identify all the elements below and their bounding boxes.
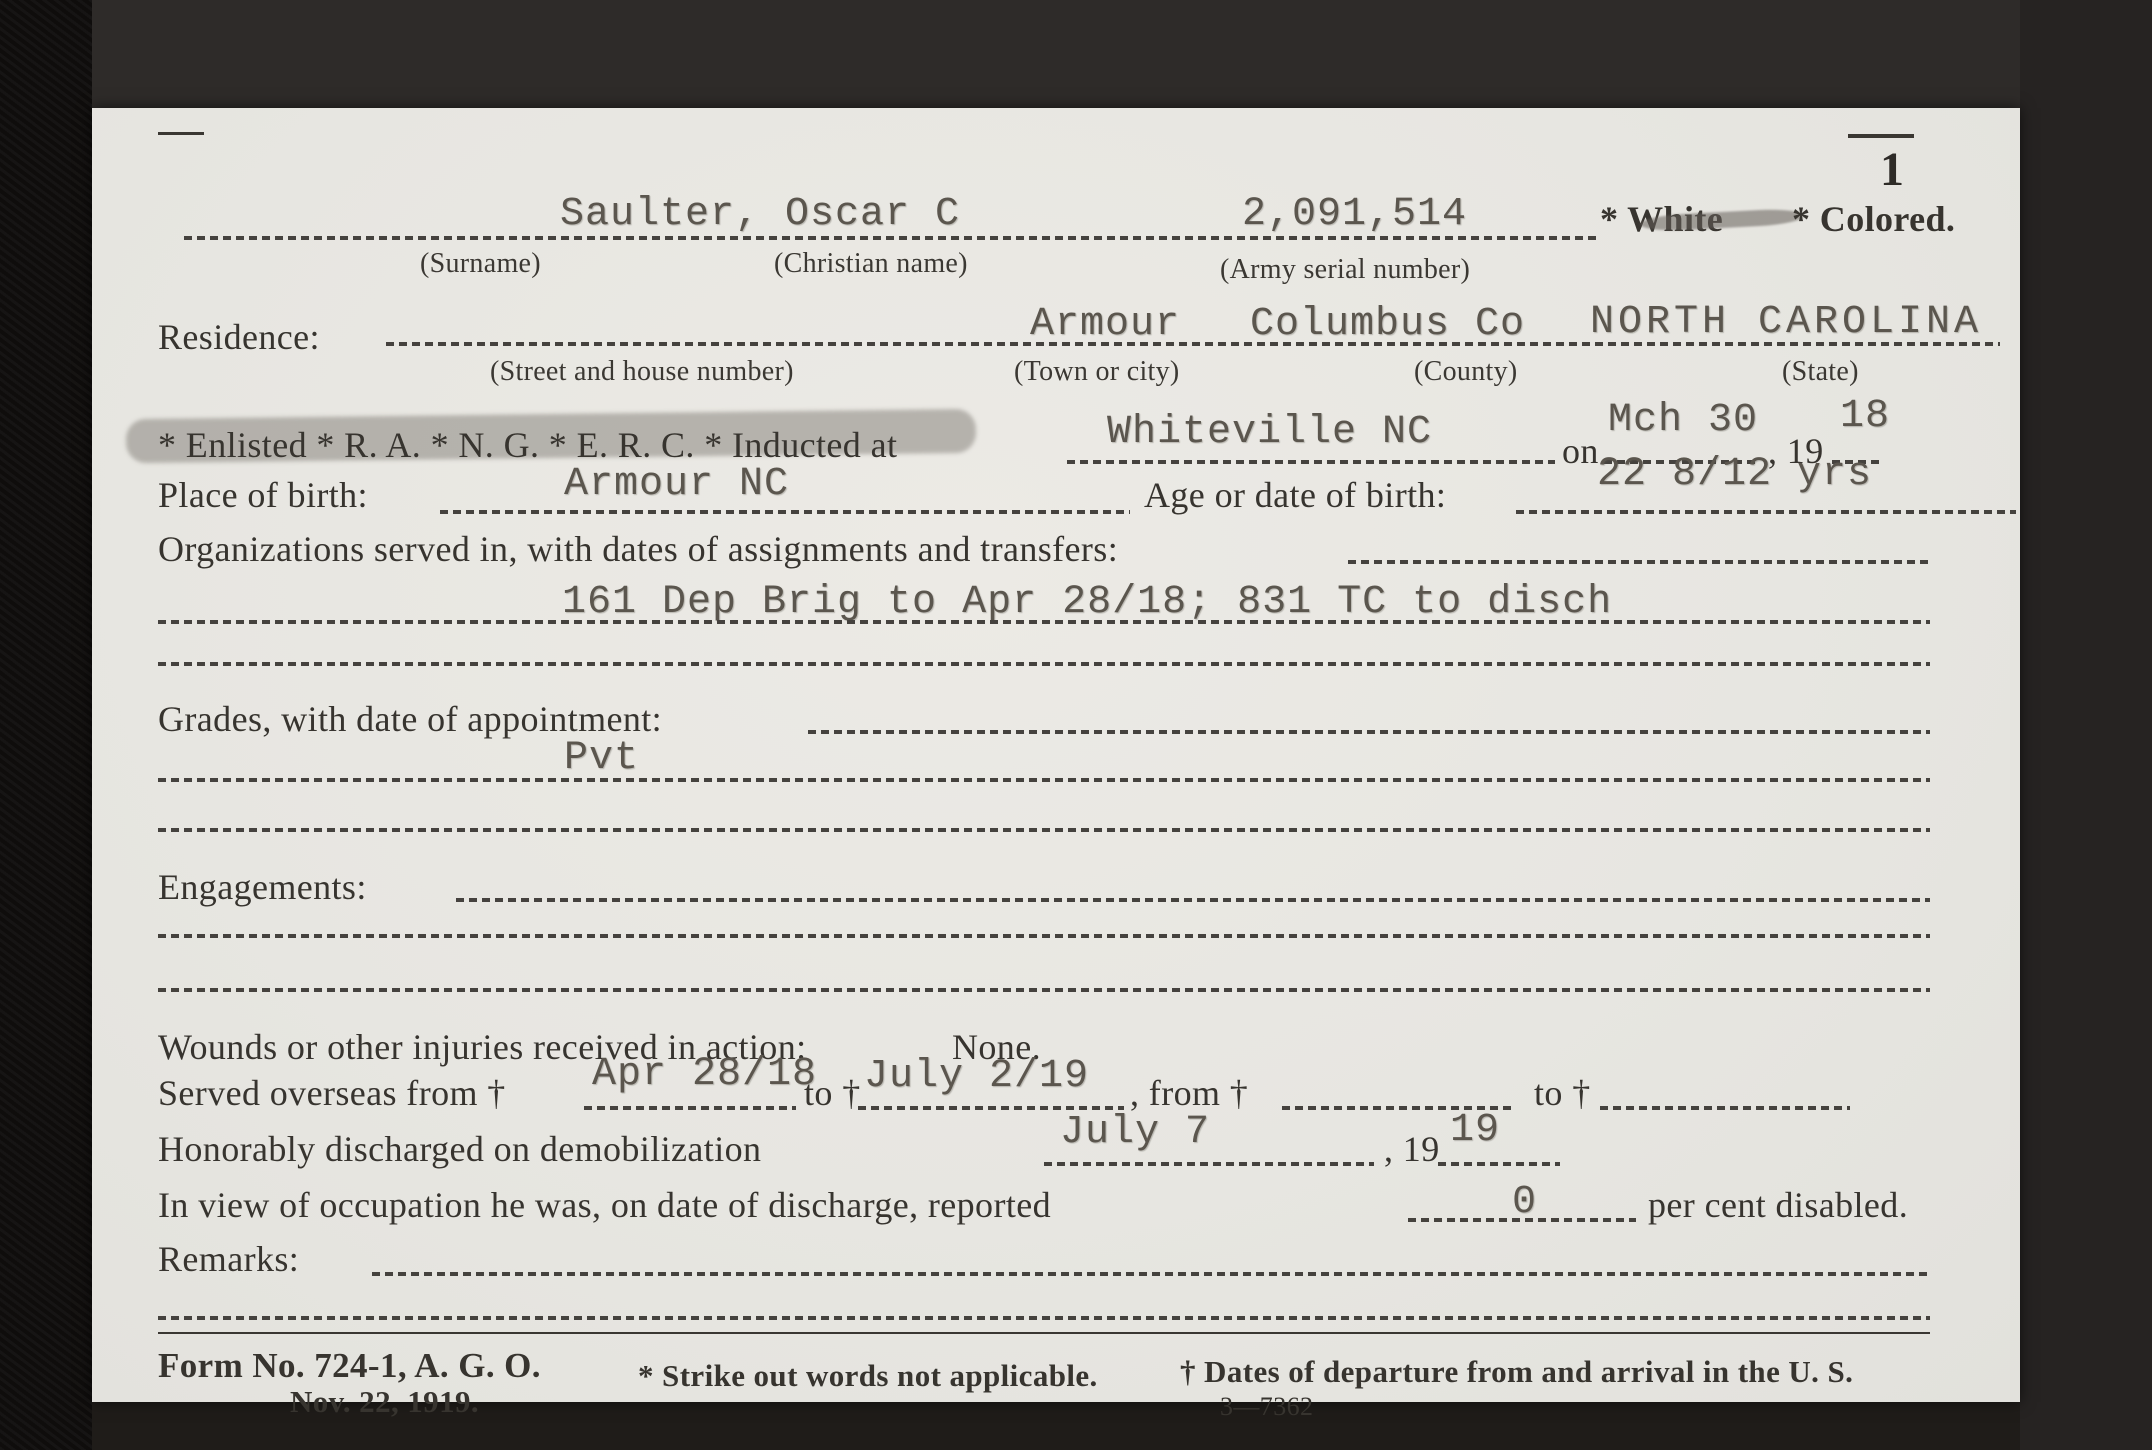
- inducted-place-line: [1067, 460, 1555, 464]
- organizations-line-2: [158, 620, 1930, 624]
- place-of-birth-label: Place of birth:: [158, 474, 368, 516]
- age-label: Age or date of birth:: [1144, 474, 1446, 516]
- remarks-label: Remarks:: [158, 1238, 299, 1280]
- serial-number-label: (Army serial number): [1220, 254, 1470, 286]
- top-right-rule: [1848, 134, 1914, 138]
- age-line: [1516, 510, 2016, 514]
- photo-left-border: [0, 0, 92, 1450]
- form-date: Nov. 22, 1919.: [290, 1384, 479, 1420]
- residence-town-value: Armour: [1030, 302, 1180, 347]
- residence-label: Residence:: [158, 316, 320, 358]
- disability-label: In view of occupation he was, on date of…: [158, 1184, 1051, 1226]
- engagements-line-1: [456, 898, 1930, 902]
- discharge-year-line: [1438, 1162, 1560, 1166]
- name-line: [184, 236, 1596, 240]
- county-label: (County): [1414, 356, 1518, 388]
- footer-solid-rule: [158, 1332, 1930, 1334]
- residence-county-value: Columbus Co: [1250, 302, 1525, 347]
- organizations-line-1: [1348, 560, 1930, 564]
- grades-label: Grades, with date of appointment:: [158, 698, 662, 740]
- dagger-note: † Dates of departure from and arrival in…: [1180, 1354, 1853, 1390]
- engagements-line-3: [158, 988, 1930, 992]
- overseas-to2-line: [1600, 1106, 1850, 1110]
- residence-state-value: NORTH CAROLINA: [1590, 300, 1982, 345]
- overseas-to2-label: to †: [1534, 1072, 1591, 1114]
- overseas-to-value: July 2/19: [864, 1054, 1089, 1099]
- photo-right-border: [2020, 0, 2152, 1450]
- discharge-date-value: July 7: [1060, 1110, 1210, 1155]
- engagements-line-2: [158, 934, 1930, 938]
- street-label: (Street and house number): [490, 356, 794, 388]
- overseas-from2-label: , from †: [1130, 1072, 1248, 1114]
- photo-top-border: [92, 0, 2020, 108]
- page-number: 1: [1880, 142, 1904, 197]
- inducted-place-value: Whiteville NC: [1107, 410, 1432, 455]
- strike-out-note: * Strike out words not applicable.: [638, 1358, 1098, 1394]
- grades-line-3: [158, 828, 1930, 832]
- print-code: 3—7362: [1220, 1392, 1313, 1422]
- overseas-from-line: [584, 1106, 796, 1110]
- inducted-year-value: 18: [1840, 394, 1890, 439]
- form-number: Form No. 724-1, A. G. O.: [158, 1346, 541, 1386]
- top-left-rule: [158, 132, 204, 135]
- service-record-card: 1 Saulter, Oscar C 2,091,514 * White * C…: [92, 108, 2020, 1402]
- discharge-year-prefix: , 19: [1384, 1128, 1440, 1170]
- discharge-year-value: 19: [1450, 1108, 1500, 1153]
- surname-label: (Surname): [420, 248, 541, 280]
- overseas-to-label: to †: [804, 1072, 861, 1114]
- state-label: (State): [1782, 356, 1859, 388]
- residence-line: [386, 342, 2000, 346]
- enlisted-inducted-label: * Enlisted * R. A. * N. G. * E. R. C. * …: [158, 424, 897, 466]
- engagements-label: Engagements:: [158, 866, 367, 908]
- place-of-birth-value: Armour NC: [564, 462, 789, 507]
- grades-line-2: [158, 778, 1930, 782]
- race-colored-option: * Colored.: [1792, 198, 1955, 240]
- discharge-label: Honorably discharged on demobilization: [158, 1128, 761, 1170]
- remarks-line: [372, 1272, 1930, 1276]
- grades-value: Pvt: [564, 736, 639, 781]
- town-label: (Town or city): [1014, 356, 1180, 388]
- age-value: 22 8/12 yrs: [1597, 452, 1872, 497]
- place-of-birth-line: [440, 510, 1130, 514]
- disability-suffix: per cent disabled.: [1648, 1184, 1908, 1226]
- inducted-on-label: on: [1562, 430, 1599, 472]
- disability-value: 0: [1512, 1180, 1537, 1225]
- serial-value: 2,091,514: [1242, 192, 1467, 237]
- inducted-date-value: Mch 30: [1608, 398, 1758, 443]
- christian-name-label: (Christian name): [774, 248, 968, 280]
- organizations-value: 161 Dep Brig to Apr 28/18; 831 TC to dis…: [562, 580, 1612, 625]
- overseas-from-value: Apr 28/18: [592, 1052, 817, 1097]
- organizations-label: Organizations served in, with dates of a…: [158, 528, 1118, 570]
- discharge-date-line: [1044, 1162, 1374, 1166]
- name-value: Saulter, Oscar C: [560, 192, 960, 237]
- grades-line-1: [808, 730, 1930, 734]
- footer-dashed-rule: [158, 1316, 1930, 1320]
- overseas-from-label: Served overseas from †: [158, 1072, 506, 1114]
- organizations-line-3: [158, 662, 1930, 666]
